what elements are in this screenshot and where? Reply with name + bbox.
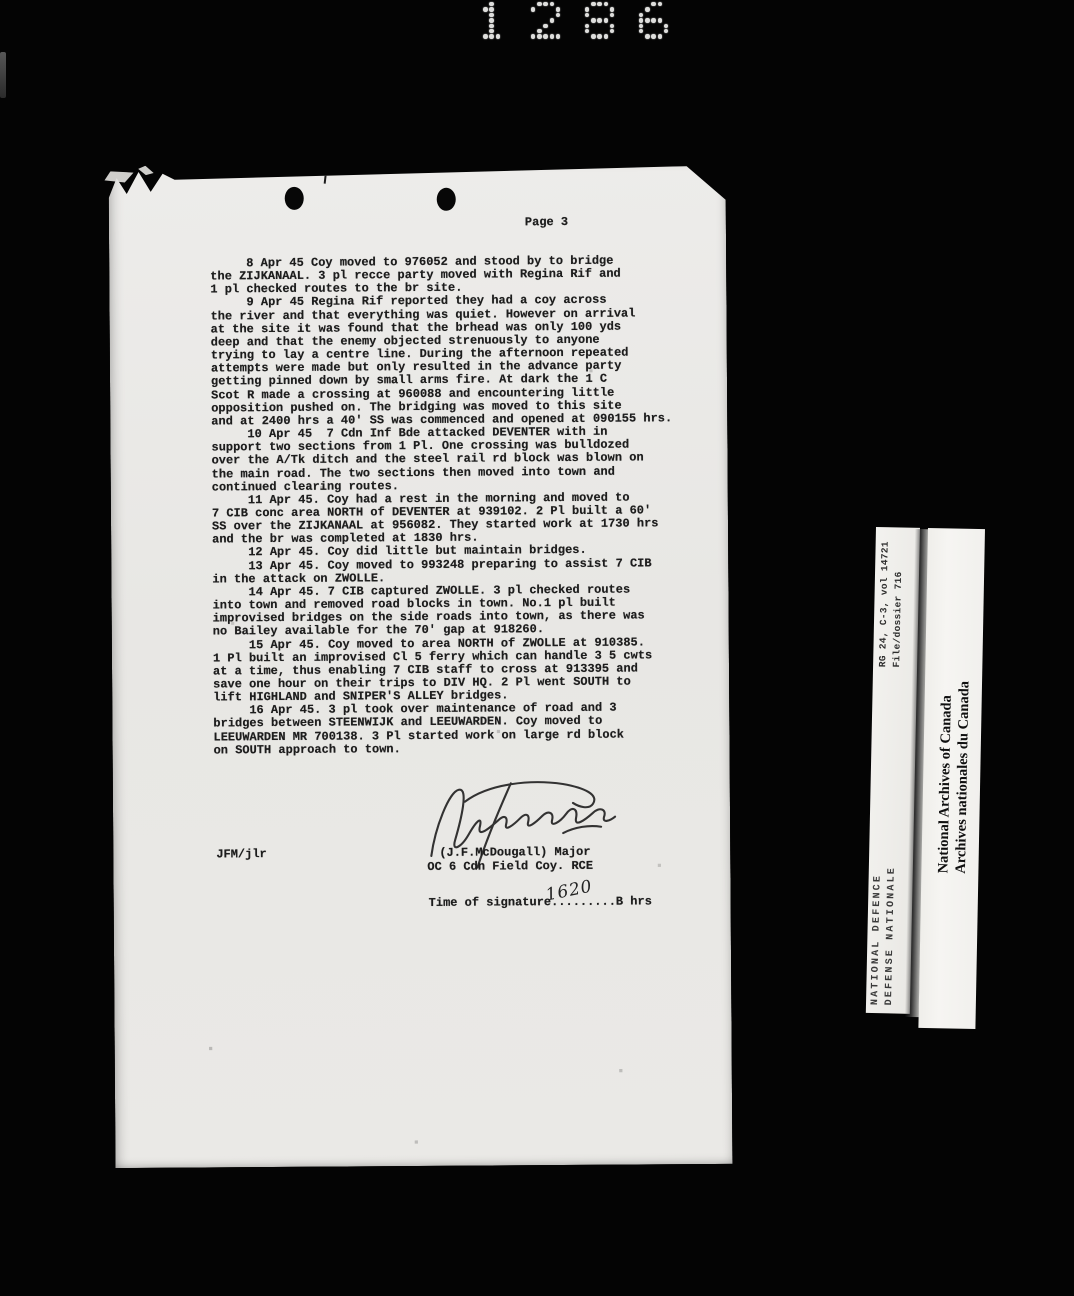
signature-name: (J.F.McDougall) Major [439,845,590,860]
archive-reference-line2: File/dossier 716 [890,533,907,667]
time-of-signature-line: Time of signature.........B hrs [429,894,652,910]
page-number: Page 3 [525,215,568,229]
stamp-digit [639,2,669,40]
punch-hole [285,187,304,210]
time-suffix: B hrs [616,894,652,908]
typed-body: 8 Apr 45 Coy moved to 976052 and stood b… [210,254,718,757]
national-archives-label: National Archives of Canada Archives nat… [935,653,974,874]
signature-stroke [563,826,601,833]
stamp-digit [477,2,507,40]
archive-reference-label: RG 24, C-3, vol 14721 File/dossier 716 [876,533,907,668]
time-label: Time of signature [429,895,552,910]
document-page: Page 3 8 Apr 45 Coy moved to 976052 and … [109,164,733,1168]
national-defence-line2: DEFENSE NATIONALE [883,855,900,1005]
stamp-digit [585,2,615,40]
scanned-document: Page 3 8 Apr 45 Coy moved to 976052 and … [0,0,1074,1296]
typist-initials: JFM/jlr [216,847,267,861]
signature-unit: OC 6 Cdn Field Coy. RCE [427,859,593,874]
paper-specks [109,168,111,170]
stamp-digit [531,2,561,40]
national-archives-line2: Archives nationales du Canada [953,654,975,874]
punch-hole [437,188,456,211]
paper-tear [324,168,328,184]
national-defence-label: NATIONAL DEFENCE DEFENSE NATIONALE [869,855,900,1006]
dot-matrix-stamp [477,2,669,40]
national-archives-strip: National Archives of Canada Archives nat… [918,528,985,1029]
typed-line: on SOUTH approach to town. [214,741,719,758]
signature-stroke [465,782,595,808]
scan-artifact [0,52,6,98]
